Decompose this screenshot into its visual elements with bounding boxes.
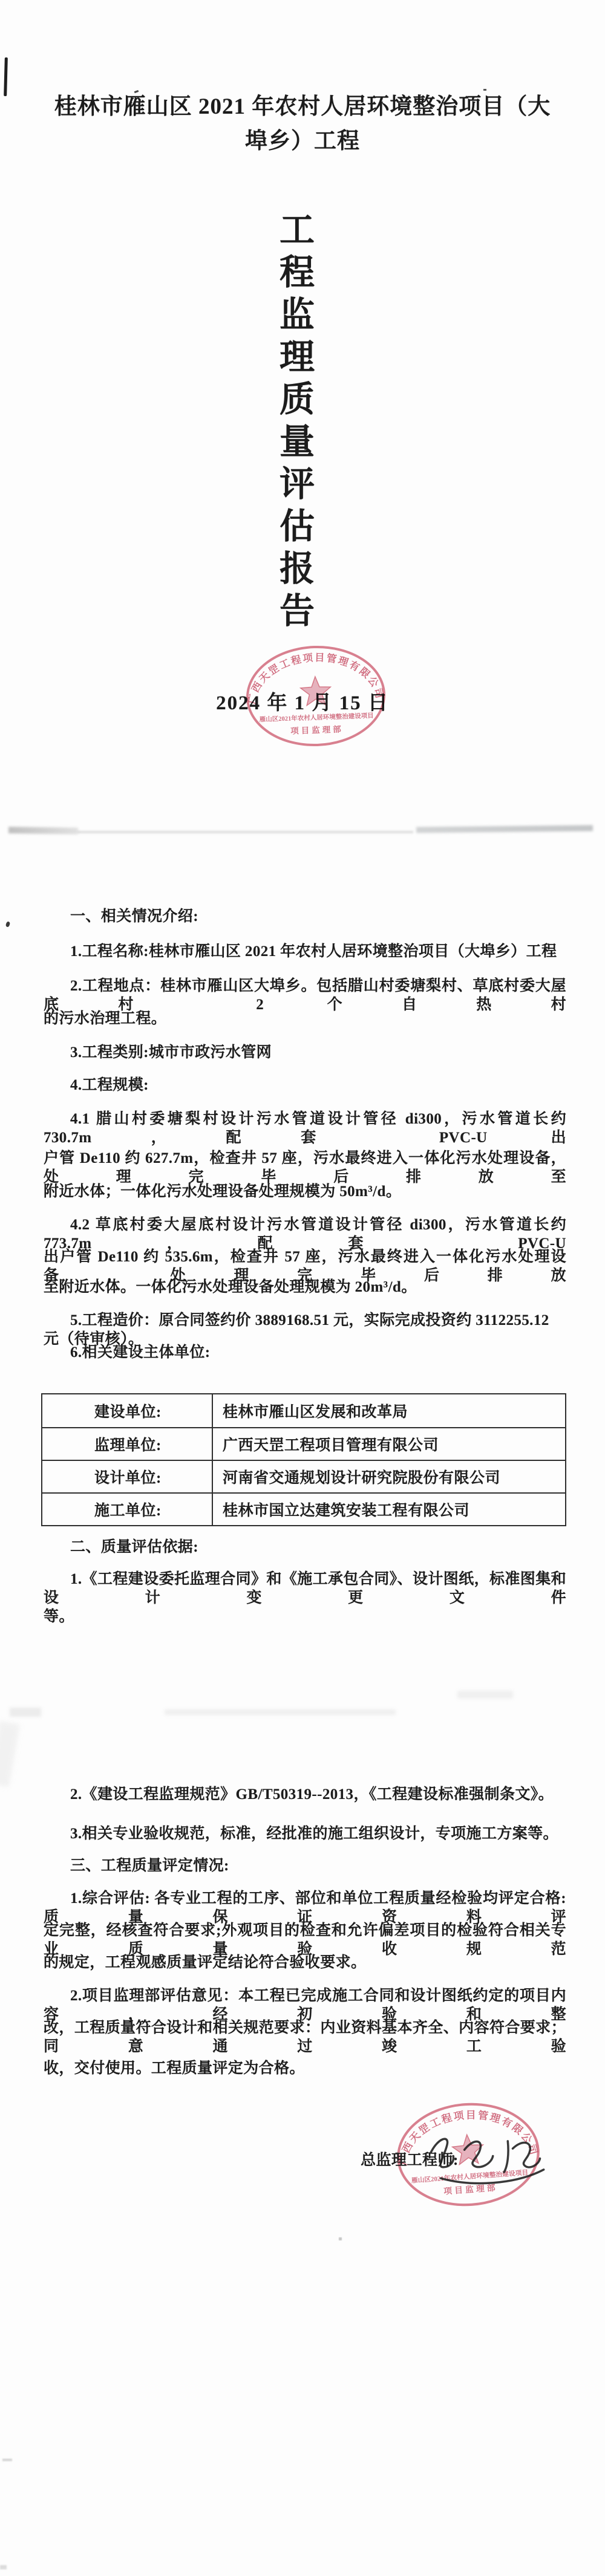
page-edge-shadow [8,827,78,834]
scanned-report-document: 桂林市雁山区 2021 年农村人居环境整治项目（大 埠乡）工程 工程监理质量评估… [0,0,605,2576]
cover-title-line1: 桂林市雁山区 2021 年农村人居环境整治项目（大 [0,89,605,124]
scan-ghost-artifact [457,1691,513,1699]
doc-line: 2.工程地点：桂林市雁山区大埠乡。包括腊山村委塘梨村、草底村委大屋底村 2 个自… [44,977,566,1014]
page-edge-shadow [77,831,413,833]
doc-line: 2.《建设工程监理规范》GB/T50319--2013，《工程建设标准强制条文》… [44,1785,566,1804]
table-row-label: 施工单位: [42,1494,213,1525]
table-row-value: 广西天罡工程项目管理有限公司 [213,1428,565,1460]
doc-line: 户管 De110 约 627.7m，检查井 57 座，污水最终进入一体化污水处理… [44,1149,566,1186]
scan-ghost-artifact [10,1708,41,1717]
signature-stroke [504,2141,508,2172]
doc-line: 至附近水体。一体化污水处理设备处理规模为 20m³/d。 [44,1278,566,1296]
scan-speck [5,921,10,927]
table-row: 设计单位:河南省交通规划设计研究院股份有限公司 [42,1460,565,1492]
signature-stroke [512,2142,540,2167]
table-row-label: 监理单位: [42,1428,213,1460]
doc-line: 4.工程规模: [44,1076,566,1094]
doc-line: 4.1 腊山村委塘梨村设计污水管道设计管径 di300，污水管道长约 730.7… [44,1110,566,1147]
doc-line: 附近水体；一体化污水处理设备处理规模为 50m³/d。 [44,1182,566,1201]
seal-star-icon [300,676,331,706]
scan-speck [2,2459,12,2461]
doc-line: 收，交付使用。工程质量评定为合格。 [44,2059,566,2078]
doc-line: 1.《工程建设委托监理合同》和《施工承包合同》、设计图纸，标准图集和设计变更文件 [44,1570,566,1607]
vertical-report-title: 工程监理质量评估报告 [273,211,313,659]
doc-line: 等。 [44,1607,566,1626]
seal-project-name: 雁山区2021年农村人居环境整治建设项目 [260,712,374,724]
scan-speck [339,2237,342,2240]
scan-ghost-artifact [0,1721,20,1787]
scan-speck [0,2565,7,2569]
doc-line: 二、质量评估依据: [44,1538,566,1556]
doc-line: 的污水治理工程。 [44,1009,566,1028]
doc-line: 3.工程类别:城市市政污水管网 [44,1043,566,1062]
table-row: 建设单位:桂林市雁山区发展和改革局 [42,1394,565,1427]
table-row-label: 设计单位: [42,1461,213,1492]
table-row: 施工单位:桂林市国立达建筑安装工程有限公司 [42,1492,565,1525]
doc-line: 6.相关建设主体单位: [44,1343,566,1362]
signature-stroke [431,2139,453,2167]
seal-dept-name: 项目监理部 [290,724,344,735]
company-seal: 广西天罡工程项目管理有限公司 雁山区2021年农村人居环境整治建设项目 项目监理… [241,640,390,752]
table-row-value: 河南省交通规划设计研究院股份有限公司 [213,1461,565,1492]
signature-stroke [441,2170,544,2184]
handwritten-signature [422,2126,552,2189]
doc-line: 的规定，工程观感质量评定结论符合验收要求。 [44,1953,566,1972]
table-row-label: 建设单位: [42,1394,213,1427]
table-row-value: 桂林市雁山区发展和改革局 [213,1394,565,1427]
signature-stroke [465,2142,493,2167]
page-edge-shadow [416,825,593,833]
table-row-value: 桂林市国立达建筑安装工程有限公司 [213,1494,565,1525]
cover-title: 桂林市雁山区 2021 年农村人居环境整治项目（大 埠乡）工程 [0,89,605,158]
doc-line: 1.工程名称:桂林市雁山区 2021 年农村人居环境整治项目（大埠乡）工程 [44,942,566,961]
doc-line: 三、工程质量评定情况: [44,1856,566,1875]
doc-line: 改，工程质量符合设计和相关规范要求：内业资料基本齐全、内容符合要求；同意通过竣工… [44,2018,566,2056]
units-table: 建设单位:桂林市雁山区发展和改革局监理单位:广西天罡工程项目管理有限公司设计单位… [41,1393,566,1526]
table-row: 监理单位:广西天罡工程项目管理有限公司 [42,1427,565,1460]
doc-line: 一、相关情况介绍: [44,907,566,926]
cover-title-line2: 埠乡）工程 [0,124,605,158]
scan-ghost-artifact [165,1709,396,1715]
doc-line: 3.相关专业验收规范，标准，经批准的施工组织设计，专项施工方案等。 [44,1824,566,1843]
